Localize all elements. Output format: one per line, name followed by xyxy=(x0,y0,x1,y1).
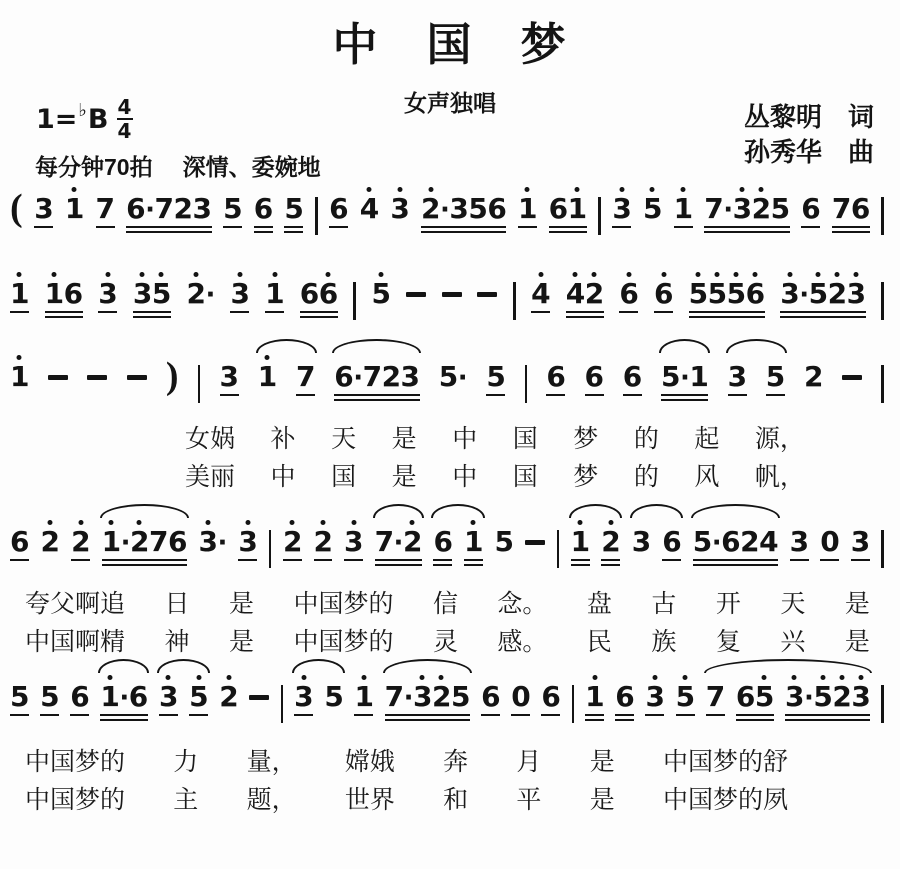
octave-dot xyxy=(193,272,198,277)
note-digit: 6 xyxy=(168,518,187,556)
note-digit: 6 xyxy=(801,185,820,223)
lyric-syllable: 中 xyxy=(452,424,477,457)
lyrics-line3-verse2: 中国梦的主题，世界和平是中国梦的夙 xyxy=(25,785,788,818)
barline xyxy=(198,365,201,403)
note-digit: 3 xyxy=(851,518,870,556)
note-digit: 2 xyxy=(314,518,333,556)
slur-arc xyxy=(726,339,787,353)
barline xyxy=(881,365,884,403)
note-group: 2 xyxy=(283,518,302,561)
note-group: 3·523 xyxy=(785,673,870,721)
lyric-syllable: 中国梦的舒 xyxy=(663,747,788,780)
note-digit: 1 xyxy=(10,353,29,391)
note-group: 7 xyxy=(96,185,115,228)
lyric-syllable: 梦 xyxy=(573,462,598,495)
note-digit: 5 xyxy=(727,270,746,308)
note-group: 5 xyxy=(495,518,514,556)
note-digit: 2 xyxy=(382,353,401,391)
octave-dot xyxy=(326,272,331,277)
octave-dot xyxy=(367,187,372,192)
augmentation-dot: · xyxy=(205,270,214,308)
note-group: 5 xyxy=(10,673,29,716)
octave-dot xyxy=(661,272,666,277)
octave-dot xyxy=(361,675,366,680)
note-group: 6 xyxy=(619,270,638,313)
octave-dot xyxy=(107,675,112,680)
note-digit: 3 xyxy=(612,185,631,223)
note-digit: 6 xyxy=(851,185,870,223)
barline xyxy=(881,685,884,723)
lyric-syllable: 梦 xyxy=(573,424,598,457)
note-digit: 1 xyxy=(571,518,590,556)
lyric-syllable: 族 xyxy=(651,627,676,660)
lyric-syllable: 民 xyxy=(587,627,612,660)
lyric-syllable: 是 xyxy=(845,589,870,622)
lyrics-line1-verse2: 美丽中国是中国梦的风帆， xyxy=(185,462,805,495)
note-group: 5 xyxy=(643,185,662,223)
note-digit: 2 xyxy=(585,270,604,308)
octave-dot xyxy=(759,187,764,192)
note-digit: 5 xyxy=(495,518,514,556)
note-group: 6 xyxy=(801,185,820,228)
music-line-3: 1)3176·7235·56665·1352 xyxy=(10,339,884,417)
lyric-syllable: 源， xyxy=(755,424,805,457)
note-digit: 6 xyxy=(541,673,560,711)
note-digit: 5 xyxy=(468,185,487,223)
note-digit: 3 xyxy=(34,185,53,223)
octave-dot xyxy=(626,272,631,277)
octave-dot xyxy=(17,355,22,360)
lyric-syllable: 补 xyxy=(271,424,296,457)
barline xyxy=(269,530,272,568)
note-group: 5 xyxy=(324,673,343,711)
lyrics-line2-verse2: 中国啊精神是中国梦的灵感。民族复兴是 xyxy=(25,627,870,660)
note-group: 6·723 xyxy=(334,353,419,401)
note-digit: 5 xyxy=(708,270,727,308)
sheet-music-page: 中 国 梦 女声独唱 1= ♭ B 4 4 每分钟70拍 深情、委婉地 丛黎明 … xyxy=(0,0,900,869)
augmentation-dot: · xyxy=(145,185,154,223)
octave-dot xyxy=(272,272,277,277)
note-digit: 2 xyxy=(804,353,823,391)
octave-dot xyxy=(109,520,114,525)
note-digit: 3 xyxy=(733,185,752,223)
note-group: 0 xyxy=(511,673,530,716)
note-digit: 1 xyxy=(10,270,29,308)
note-group: 3 xyxy=(230,270,249,313)
note-digit: 2 xyxy=(832,673,851,711)
octave-dot xyxy=(683,675,688,680)
octave-dot xyxy=(196,675,201,680)
note-digit: 1 xyxy=(65,185,84,223)
lyric-syllable: 力 xyxy=(173,747,198,780)
octave-dot xyxy=(820,675,825,680)
note-group: 6 xyxy=(254,185,273,233)
note-group: 7·325 xyxy=(385,673,470,721)
slur-arc xyxy=(569,504,622,518)
note-group: 1 xyxy=(571,518,590,566)
note-digit: 3 xyxy=(159,673,178,711)
note-group: 6 xyxy=(70,673,89,716)
note-group: 2 xyxy=(601,518,620,566)
octave-dot xyxy=(78,520,83,525)
lyric-syllable: 风 xyxy=(694,462,719,495)
octave-dot xyxy=(696,272,701,277)
note-group: 3 xyxy=(390,185,409,223)
octave-dot xyxy=(17,272,22,277)
lyric-syllable: 神 xyxy=(164,627,189,660)
key-letter: B xyxy=(88,104,109,135)
note-group: 7·2 xyxy=(375,518,422,566)
note-digit: 6 xyxy=(721,518,740,556)
note-group: 3 xyxy=(612,185,631,228)
note-group: 5 xyxy=(371,270,390,308)
note-digit: 7 xyxy=(96,185,115,223)
note-digit: 5 xyxy=(439,353,458,391)
augmentation-dot: · xyxy=(119,673,128,711)
lyric-syllable: 开 xyxy=(716,589,741,622)
note-group: 1 xyxy=(10,270,29,313)
note-digit: 6 xyxy=(129,673,148,711)
note-digit: 5 xyxy=(284,185,303,223)
note-digit: 2 xyxy=(740,518,759,556)
note-digit: 6 xyxy=(736,673,755,711)
slur-arc xyxy=(332,339,421,353)
note-digit: 1 xyxy=(674,185,693,223)
octave-dot xyxy=(428,187,433,192)
note-digit: 5 xyxy=(10,673,29,711)
note-group: 6 xyxy=(541,673,560,716)
lyric-syllable: 国 xyxy=(513,424,538,457)
note-group: 2 xyxy=(219,673,238,711)
note-digit: 1 xyxy=(258,353,277,391)
octave-dot xyxy=(619,187,624,192)
octave-dot xyxy=(578,520,583,525)
note-group: 1 xyxy=(674,185,693,228)
lyric-syllable: 奔 xyxy=(443,747,468,780)
note-digit: 2 xyxy=(828,270,847,308)
note-digit: 6 xyxy=(615,673,634,711)
lyric-syllable: 是 xyxy=(845,627,870,660)
lyric-syllable: 美丽 xyxy=(185,462,235,495)
note-digit: 6 xyxy=(329,185,348,223)
lyric-syllable: 的 xyxy=(634,462,659,495)
slur-arc xyxy=(100,504,189,518)
augmentation-dot: · xyxy=(121,518,130,556)
note-digit: 5 xyxy=(189,673,208,711)
note-digit: 3 xyxy=(198,518,217,556)
slur-arc xyxy=(292,659,345,673)
note-digit: 1 xyxy=(689,353,708,391)
note-digit: 6 xyxy=(300,270,319,308)
note-group: 4 xyxy=(531,270,550,313)
note-group: 5 xyxy=(676,673,695,716)
note-group: 1 xyxy=(464,518,483,566)
barline xyxy=(598,197,601,235)
barline xyxy=(572,685,575,723)
octave-dot xyxy=(608,520,613,525)
music-line-4: 6221·2763·32237·261512365·624303 xyxy=(10,504,884,582)
note-digit: 2 xyxy=(283,518,302,556)
note-group: 2 xyxy=(71,518,90,561)
lyric-syllable: 中 xyxy=(271,462,296,495)
octave-dot xyxy=(420,675,425,680)
note-group: 16 xyxy=(45,270,83,318)
note-group: 3 xyxy=(344,518,363,561)
time-signature: 4 4 xyxy=(117,97,133,142)
note-group: 5 xyxy=(40,673,59,716)
note-group: 3 xyxy=(790,518,809,561)
lyric-syllable: 是 xyxy=(590,747,615,780)
note-digit: 2 xyxy=(752,185,771,223)
note-digit: 6 xyxy=(623,353,642,391)
note-group: 7 xyxy=(706,673,725,716)
note-digit: 3 xyxy=(133,270,152,308)
note-group: 6 xyxy=(654,270,673,313)
lyrics-line2-verse1: 夸父啊追日是中国梦的信念。盘古开天是 xyxy=(25,589,870,622)
note-digit: 3 xyxy=(401,353,420,391)
note-digit: 2 xyxy=(403,518,422,556)
barline xyxy=(881,282,884,320)
note-digit: 6 xyxy=(70,673,89,711)
octave-dot xyxy=(839,675,844,680)
note-group: 3 xyxy=(238,518,257,561)
lyric-syllable: 女娲 xyxy=(185,424,235,457)
note-group: 6 xyxy=(585,353,604,396)
note-digit: 6 xyxy=(10,518,29,556)
duration-dash xyxy=(406,292,426,297)
note-group: 6 xyxy=(329,185,348,228)
lyric-syllable: 夸父啊追 xyxy=(25,589,125,622)
note-digit: 2 xyxy=(186,270,205,308)
note-group: 5 xyxy=(284,185,303,233)
lyric-syllable: 天 xyxy=(331,424,356,457)
note-group: 1 xyxy=(65,185,84,223)
note-digit: 3 xyxy=(645,673,664,711)
note-digit: 2 xyxy=(174,185,193,223)
augmentation-dot: · xyxy=(723,185,732,223)
note-group: 2· xyxy=(186,270,214,308)
parenthesis: ) xyxy=(166,353,179,395)
note-digit: 5 xyxy=(689,270,708,308)
lyric-syllable: 起 xyxy=(694,424,719,457)
note-group: 2 xyxy=(314,518,333,561)
octave-dot xyxy=(48,520,53,525)
note-digit: 6 xyxy=(254,185,273,223)
note-group: 3· xyxy=(198,518,226,556)
note-digit: 6 xyxy=(546,353,565,391)
note-digit: 2 xyxy=(601,518,620,556)
octave-dot xyxy=(439,675,444,680)
slur-arc xyxy=(431,504,485,518)
octave-dot xyxy=(787,272,792,277)
duration-dash xyxy=(48,375,68,380)
note-group: 6 xyxy=(615,673,634,721)
note-digit: 6 xyxy=(549,185,568,223)
lyrics-line1-verse1: 女娲补天是中国梦的起源， xyxy=(185,424,805,457)
duration-dash xyxy=(842,375,862,380)
note-digit: 5 xyxy=(486,353,505,391)
note-digit: 2 xyxy=(71,518,90,556)
note-digit: 5 xyxy=(661,353,680,391)
note-digit: 3 xyxy=(390,185,409,223)
octave-dot xyxy=(72,187,77,192)
note-digit: 6 xyxy=(487,185,506,223)
note-digit: 5 xyxy=(693,518,712,556)
key-tonic: 1= xyxy=(36,104,77,135)
octave-dot xyxy=(575,187,580,192)
octave-dot xyxy=(226,675,231,680)
octave-dot xyxy=(681,187,686,192)
note-digit: 1 xyxy=(585,673,604,711)
note-digit: 3 xyxy=(238,518,257,556)
lyrics-line3-verse1: 中国梦的力量，嫦娥奔月是中国梦的舒 xyxy=(25,747,788,780)
octave-dot xyxy=(592,272,597,277)
note-digit: 6 xyxy=(619,270,638,308)
note-digit: 1 xyxy=(102,518,121,556)
note-digit: 6 xyxy=(662,518,681,556)
lyric-syllable: 中国梦的 xyxy=(293,627,393,660)
note-digit: 5 xyxy=(451,673,470,711)
note-digit: 7 xyxy=(296,353,315,391)
slur-arc xyxy=(659,339,710,353)
note-group: 1 xyxy=(518,185,537,228)
note-group: 6 xyxy=(433,518,452,566)
note-group: 6 xyxy=(481,673,500,716)
note-digit: 6 xyxy=(126,185,145,223)
note-digit: 5 xyxy=(223,185,242,223)
slur-arc xyxy=(630,504,683,518)
note-group: 5 xyxy=(486,353,505,396)
note-group: 42 xyxy=(566,270,604,318)
note-group: 6 xyxy=(662,518,681,561)
note-digit: 1 xyxy=(464,518,483,556)
augmentation-dot: · xyxy=(799,270,808,308)
lyric-syllable: 主 xyxy=(173,785,198,818)
lyricist-credit: 丛黎明 词 xyxy=(744,100,874,135)
note-digit: 7 xyxy=(706,673,725,711)
note-digit: 5 xyxy=(676,673,695,711)
barline xyxy=(281,685,284,723)
octave-dot xyxy=(290,520,295,525)
note-digit: 5 xyxy=(324,673,343,711)
note-group: 61 xyxy=(549,185,587,233)
note-digit: 1 xyxy=(45,270,64,308)
lyric-syllable: 盘 xyxy=(587,589,612,622)
note-digit: 3 xyxy=(344,518,363,556)
credits: 丛黎明 词 孙秀华 曲 xyxy=(744,100,874,170)
note-digit: 7 xyxy=(363,353,382,391)
duration-dash xyxy=(477,292,497,297)
note-digit: 7 xyxy=(375,518,394,556)
meter-denominator: 4 xyxy=(118,121,132,141)
lyric-syllable: 平 xyxy=(516,785,541,818)
augmentation-dot: · xyxy=(680,353,689,391)
music-line-2: 1163352·316654426655563·523 xyxy=(10,256,884,334)
meter-numerator: 4 xyxy=(118,97,132,117)
note-group: 2 xyxy=(804,353,823,391)
note-group: 5556 xyxy=(689,270,765,318)
octave-dot xyxy=(471,520,476,525)
note-group: 3 xyxy=(159,673,178,716)
duration-dash xyxy=(87,375,107,380)
octave-dot xyxy=(816,272,821,277)
barline xyxy=(881,197,884,235)
note-digit: 7 xyxy=(385,673,404,711)
note-digit: 6 xyxy=(746,270,765,308)
duration-dash xyxy=(525,540,545,545)
lyric-syllable: 题， xyxy=(247,785,297,818)
note-group: 2 xyxy=(41,518,60,556)
octave-dot xyxy=(265,355,270,360)
note-group: 1 xyxy=(354,673,373,716)
octave-dot xyxy=(525,187,530,192)
note-digit: 2 xyxy=(219,673,238,711)
lyric-syllable: 量， xyxy=(247,747,297,780)
note-digit: 7 xyxy=(149,518,168,556)
note-digit: 3 xyxy=(220,353,239,391)
note-group: 7 xyxy=(296,353,315,396)
note-digit: 4 xyxy=(360,185,379,223)
note-group: 7·325 xyxy=(704,185,789,233)
lyric-syllable: 和 xyxy=(443,785,468,818)
augmentation-dot: · xyxy=(217,518,226,556)
note-group: 1 xyxy=(585,673,604,721)
note-digit: 6 xyxy=(585,353,604,391)
note-group: 6·723 xyxy=(126,185,211,233)
note-group: 65 xyxy=(736,673,774,721)
barline xyxy=(881,530,884,568)
lyric-syllable: 国 xyxy=(331,462,356,495)
octave-dot xyxy=(320,520,325,525)
octave-dot xyxy=(301,675,306,680)
note-digit: 6 xyxy=(433,518,452,556)
note-digit: 1 xyxy=(265,270,284,308)
octave-dot xyxy=(740,187,745,192)
lyric-syllable: 中国梦的夙 xyxy=(663,785,788,818)
augmentation-dot: · xyxy=(458,353,467,391)
note-digit: 2 xyxy=(41,518,60,556)
lyric-syllable: 是 xyxy=(229,589,254,622)
slur-arc xyxy=(691,504,780,518)
note-digit: 1 xyxy=(518,185,537,223)
note-group: 6 xyxy=(10,518,29,561)
note-digit: 3 xyxy=(847,270,866,308)
barline xyxy=(315,197,318,235)
note-group: 5·624 xyxy=(693,518,778,566)
octave-dot xyxy=(652,675,657,680)
slur-arc xyxy=(383,659,472,673)
note-group: 1·6 xyxy=(100,673,147,721)
lyric-syllable: 中国梦的 xyxy=(293,589,393,622)
note-digit: 3 xyxy=(98,270,117,308)
note-digit: 5 xyxy=(771,185,790,223)
note-digit: 5 xyxy=(766,353,785,391)
note-digit: 3 xyxy=(193,185,212,223)
note-group: 76 xyxy=(832,185,870,233)
note-digit: 1 xyxy=(568,185,587,223)
lyric-syllable: 的 xyxy=(634,424,659,457)
note-group: 6 xyxy=(623,353,642,396)
note-digit: 6 xyxy=(319,270,338,308)
note-group: 3 xyxy=(220,353,239,396)
lyric-syllable: 是 xyxy=(392,462,417,495)
lyric-syllable: 兴 xyxy=(780,627,805,660)
slur-arc xyxy=(157,659,210,673)
note-digit: 3 xyxy=(413,673,432,711)
note-digit: 3 xyxy=(780,270,799,308)
lyric-syllable: 国 xyxy=(513,462,538,495)
duration-dash xyxy=(127,375,147,380)
